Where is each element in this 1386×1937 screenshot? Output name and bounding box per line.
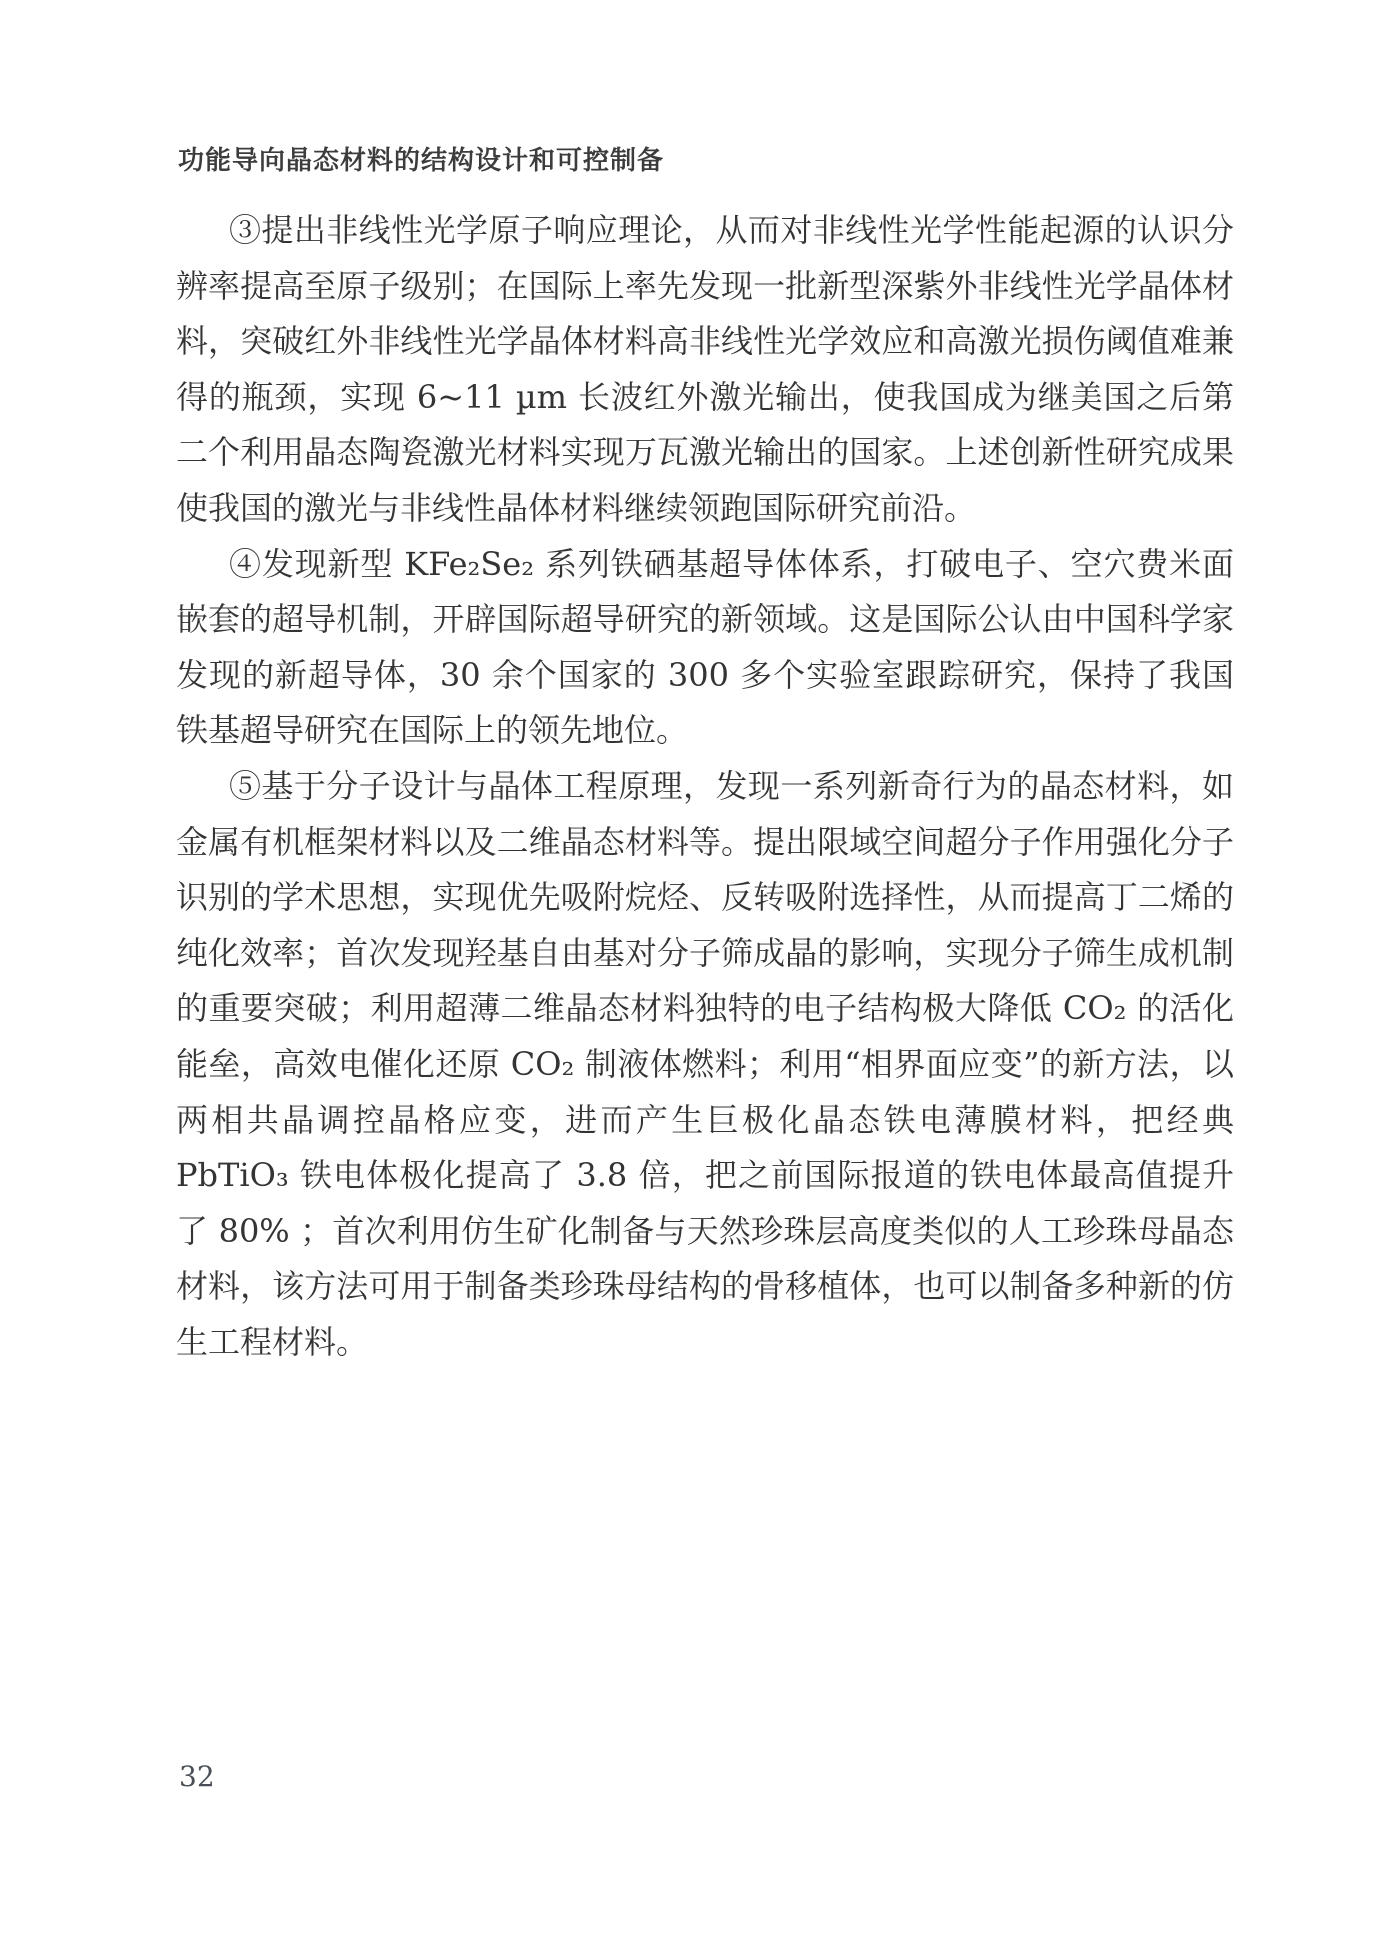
paragraph: ③提出非线性光学原子响应理论，从而对非线性光学性能起源的认识分辨率提高至原子级别… xyxy=(176,203,1234,537)
page-number: 32 xyxy=(179,1760,215,1793)
paragraph: ④发现新型 KFe₂Se₂ 系列铁硒基超导体体系，打破电子、空穴费米面嵌套的超导… xyxy=(176,537,1234,759)
body-text: ③提出非线性光学原子响应理论，从而对非线性光学性能起源的认识分辨率提高至原子级别… xyxy=(176,203,1234,1370)
paragraph: ⑤基于分子设计与晶体工程原理，发现一系列新奇行为的晶态材料，如金属有机框架材料以… xyxy=(176,759,1234,1371)
document-page: 功能导向晶态材料的结构设计和可控制备 ③提出非线性光学原子响应理论，从而对非线性… xyxy=(0,0,1386,1937)
running-header-title: 功能导向晶态材料的结构设计和可控制备 xyxy=(178,140,664,177)
